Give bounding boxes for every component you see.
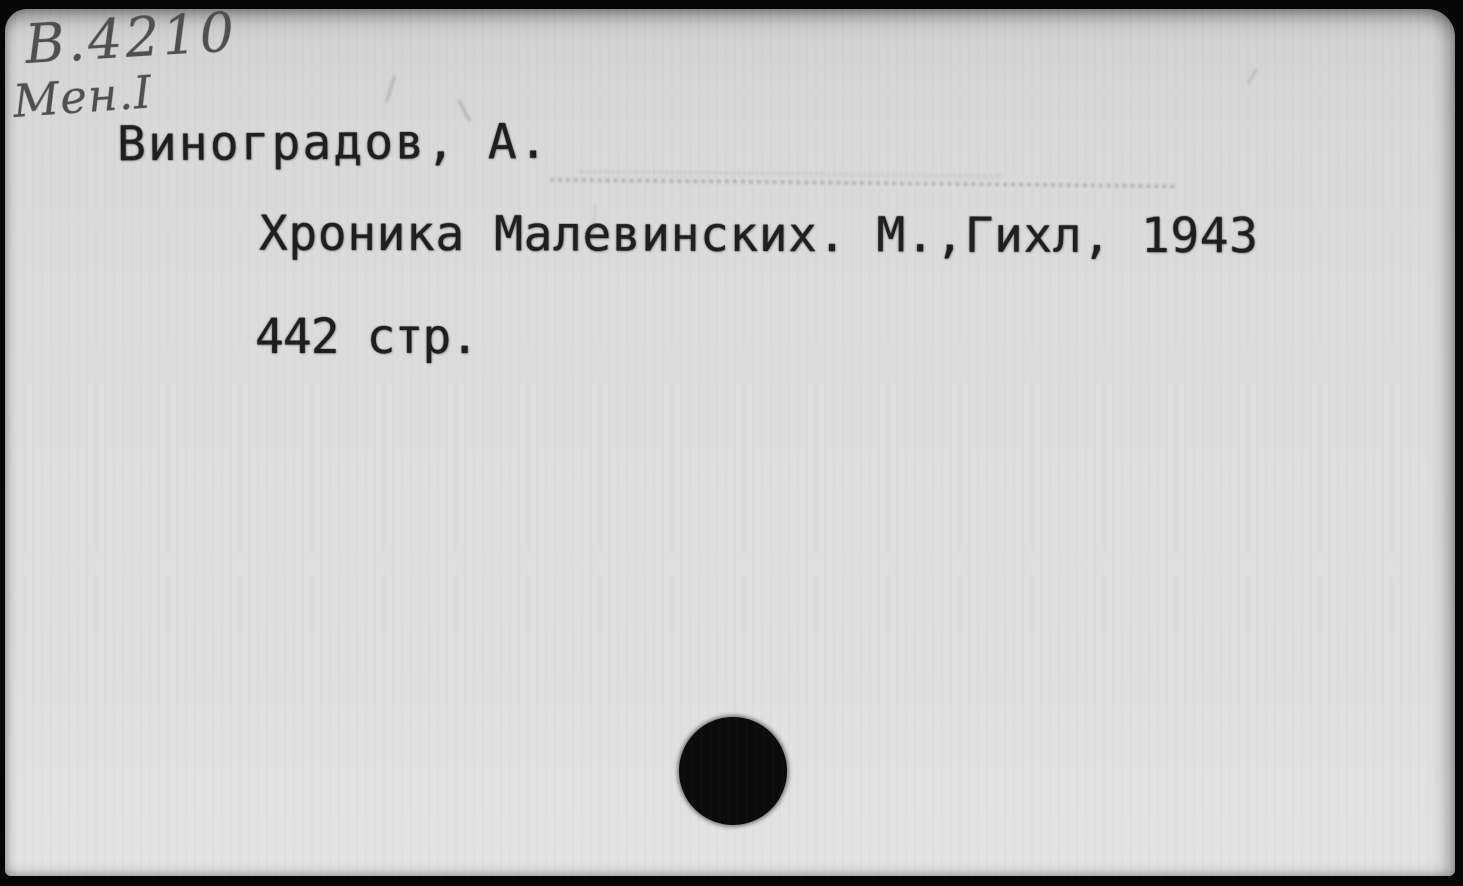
- pagination-line: 442 стр.: [255, 313, 478, 361]
- catalog-card: В.4210 Мен.I Виноградов, А. Хроника Мале…: [5, 9, 1455, 876]
- pencil-smudge: [1247, 67, 1259, 84]
- title-line: Хроника Малевинских. М.,Гихл, 1943: [259, 210, 1259, 261]
- pencil-smudge: [385, 75, 397, 103]
- catalog-card-scan: В.4210 Мен.I Виноградов, А. Хроника Мале…: [0, 0, 1463, 886]
- call-number: В.4210: [23, 0, 239, 76]
- ghost-type-artifact: [550, 178, 1175, 189]
- author-line: Виноградов, А.: [117, 118, 550, 169]
- punch-hole-dot: [679, 717, 787, 825]
